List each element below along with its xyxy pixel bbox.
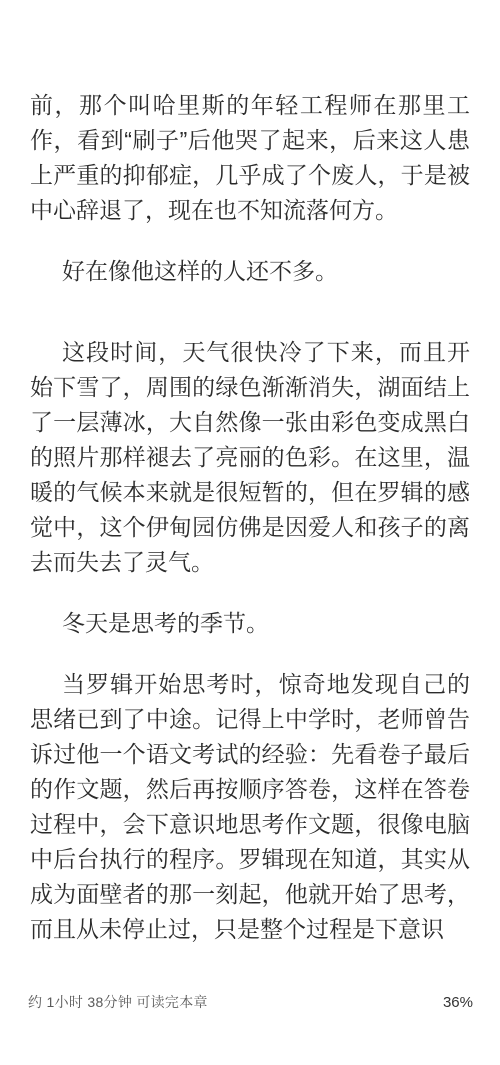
paragraph-3: 这段时间，天气很快冷了下来，而且开始下雪了，周围的绿色渐渐消失，湖面结上了一层薄…	[30, 335, 470, 580]
paragraph-4: 冬天是思考的季节。	[30, 606, 470, 641]
paragraph-1: 前，那个叫哈里斯的年轻工程师在那里工作，看到“刷子”后他哭了起来，后来这人患上严…	[30, 88, 470, 228]
progress-percent: 36%	[443, 994, 473, 1011]
paragraph-2: 好在像他这样的人还不多。	[30, 254, 470, 289]
reader-page[interactable]: 前，那个叫哈里斯的年轻工程师在那里工作，看到“刷子”后他哭了起来，后来这人患上严…	[0, 0, 500, 1065]
book-text: 前，那个叫哈里斯的年轻工程师在那里工作，看到“刷子”后他哭了起来，后来这人患上严…	[30, 88, 470, 947]
footer-bar: 约 1小时 38分钟 可读完本章 36%	[28, 992, 473, 1012]
paragraph-5: 当罗辑开始思考时，惊奇地发现自己的思绪已到了中途。记得上中学时，老师曾告诉过他一…	[30, 667, 470, 947]
time-remaining-label: 约 1小时 38分钟 可读完本章	[28, 992, 208, 1012]
